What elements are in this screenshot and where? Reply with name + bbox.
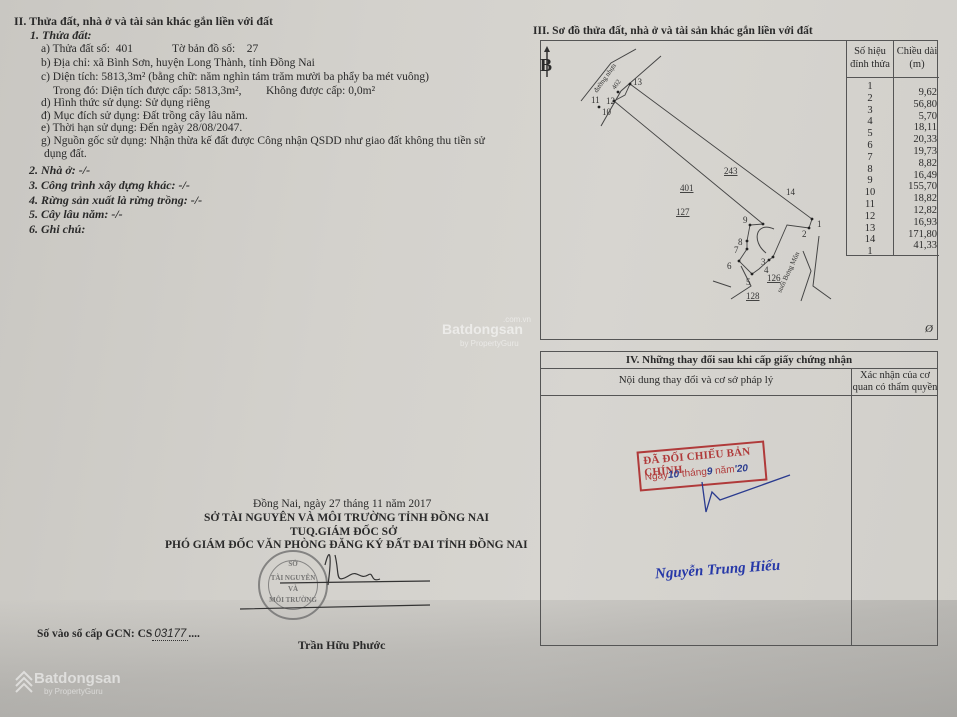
vertex-id: 11 [847, 199, 893, 210]
parcel-map: 123 456 789 101112 1314 401 243 127 126 … [541, 41, 846, 339]
vertex-id: 12 [847, 211, 893, 222]
section-4-title: IV. Những thay đổi sau khi cấp giấy chứn… [541, 352, 937, 369]
edge-length: 12,82 [894, 205, 937, 216]
vertex-id: 13 [847, 223, 893, 234]
notes: 6. Ghi chú: [29, 222, 85, 237]
svg-text:402: 402 [610, 78, 623, 92]
svg-text:401: 401 [680, 183, 694, 193]
edge-length: 155,70 [894, 181, 937, 192]
area-granted: Trong đó: Diện tích được cấp: 5813,3m², [53, 85, 241, 97]
svg-text:11: 11 [591, 95, 600, 105]
area: c) Diện tích: 5813,3m² (bằng chữ: năm ng… [41, 71, 429, 83]
vertex-id: 6 [847, 140, 893, 151]
section-3-title: III. Sơ đồ thửa đất, nhà ở và tài sản kh… [533, 25, 813, 37]
edge-length: 18,82 [894, 193, 937, 204]
place-date: Đồng Nai, ngày 27 tháng 11 năm 2017 [253, 498, 431, 510]
vertex-id: 3 [847, 105, 893, 116]
parcel-number: a) Thửa đất số: 401 [41, 43, 133, 55]
vertex-id: 5 [847, 128, 893, 139]
svg-text:6: 6 [727, 261, 732, 271]
edge-length: 18,11 [894, 122, 937, 133]
edge-length: 171,80 [894, 229, 937, 240]
header-length: Chiều dài (m) [894, 45, 940, 71]
vertex-id: 2 [847, 93, 893, 104]
watermark-logo-icon [14, 668, 34, 694]
signer-name: Trần Hữu Phước [298, 638, 386, 653]
edge-length: 41,33 [894, 240, 937, 251]
use-term: e) Thời hạn sử dụng: Đến ngày 28/08/2047… [41, 122, 242, 134]
perennial-trees: 5. Cây lâu năm: -/- [29, 207, 123, 222]
vertex-id: 10 [847, 187, 893, 198]
agency-name: SỞ TÀI NGUYÊN VÀ MÔI TRƯỜNG TỈNH ĐỒNG NA… [204, 512, 489, 524]
header-change-content: Nội dung thay đổi và cơ sở pháp lý [541, 374, 851, 386]
address: b) Địa chỉ: xã Bình Sơn, huyện Long Thàn… [41, 57, 315, 69]
corner-mark: Ø [925, 323, 933, 335]
svg-text:10: 10 [602, 107, 612, 117]
use-purpose: đ) Mục đích sử dụng: Đất trồng cây lâu n… [41, 110, 248, 122]
vertex-length-table: Số hiệu đỉnh thửa Chiều dài (m) 12345678… [846, 41, 939, 256]
edge-length: 16,49 [894, 170, 937, 181]
edge-length: 56,80 [894, 99, 937, 110]
edge-length: 16,93 [894, 217, 937, 228]
header-authority-confirm: Xác nhận của cơ quan có thẩm quyền [852, 370, 938, 394]
production-forest: 4. Rừng sản xuất là rừng trồng: -/- [29, 193, 202, 208]
svg-text:128: 128 [746, 291, 760, 301]
on-behalf: TUQ.GIÁM ĐỐC SỞ [290, 526, 397, 538]
area-not-granted: Không được cấp: 0,0m² [266, 85, 375, 97]
certifier-signature [690, 470, 800, 530]
register-number: Số vào sổ cấp GCN: CS03177.... [37, 628, 200, 640]
svg-text:5: 5 [746, 277, 751, 287]
map-sheet-value: 27 [247, 43, 259, 55]
vertex-id: 1 [847, 246, 893, 257]
vertex-id: 8 [847, 164, 893, 175]
section-2-title: II. Thửa đất, nhà ở và tài sản khác gắn … [14, 14, 273, 29]
svg-text:14: 14 [786, 187, 796, 197]
watermark-brand-footer: Batdongsan [34, 670, 121, 687]
edge-length: 19,73 [894, 146, 937, 157]
svg-text:2: 2 [802, 229, 807, 239]
land-origin-cont: dụng đất. [44, 148, 87, 160]
edge-length: 9,62 [894, 87, 937, 98]
house: 2. Nhà ở: -/- [29, 163, 90, 178]
edge-length: 20,33 [894, 134, 937, 145]
map-sheet: Tờ bản đồ số: 27 [172, 43, 258, 55]
use-form: d) Hình thức sử dụng: Sử dụng riêng [41, 97, 210, 109]
svg-text:13: 13 [633, 77, 643, 87]
north-arrow-icon: B [540, 55, 552, 76]
edge-length: 5,70 [894, 111, 937, 122]
land-origin: g) Nguồn gốc sử dụng: Nhận thừa kế đất đ… [41, 135, 485, 147]
svg-text:9: 9 [743, 215, 748, 225]
land-heading: 1. Thửa đất: [30, 28, 92, 43]
svg-text:243: 243 [724, 166, 738, 176]
svg-text:127: 127 [676, 207, 690, 217]
edge-length: 8,82 [894, 158, 937, 169]
svg-text:8: 8 [738, 237, 743, 247]
vertex-id: 1 [847, 81, 893, 92]
parcel-number-value: 401 [116, 43, 133, 55]
vertex-id: 14 [847, 234, 893, 245]
land-diagram: 123 456 789 101112 1314 401 243 127 126 … [540, 40, 938, 340]
vertex-id: 7 [847, 152, 893, 163]
svg-text:12: 12 [606, 96, 615, 106]
vertex-id: 4 [847, 116, 893, 127]
official-signature [240, 545, 440, 615]
svg-text:1: 1 [817, 219, 822, 229]
header-vertex: Số hiệu đỉnh thửa [847, 45, 893, 71]
other-construction: 3. Công trình xây dựng khác: -/- [29, 178, 190, 193]
vertex-id: 9 [847, 175, 893, 186]
